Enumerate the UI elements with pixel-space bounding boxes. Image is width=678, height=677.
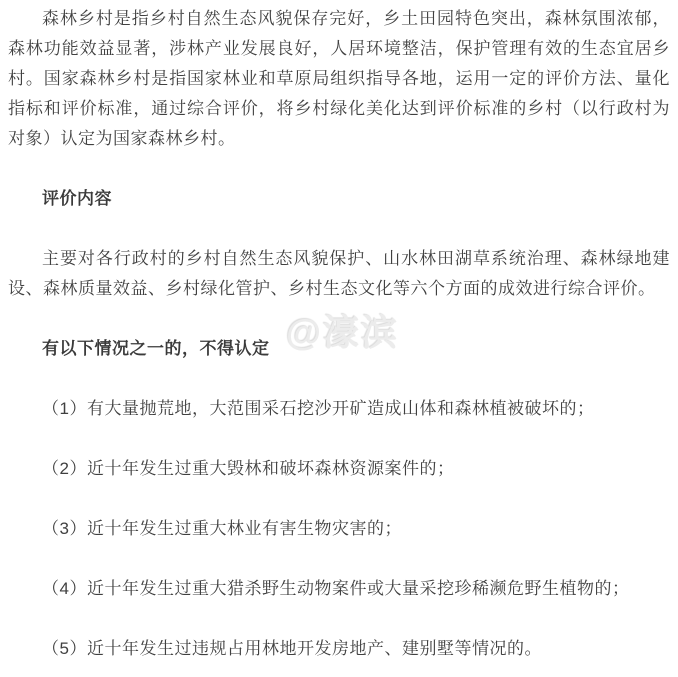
list-item-5: （5）近十年发生过违规占用林地开发房地产、建别墅等情况的。 — [8, 634, 670, 664]
heading-evaluation-content: 评价内容 — [8, 184, 670, 214]
list-item-4: （4）近十年发生过重大猎杀野生动物案件或大量采挖珍稀濒危野生植物的； — [8, 574, 670, 604]
list-item-1: （1）有大量抛荒地，大范围采石挖沙开矿造成山体和森林植被破坏的； — [8, 394, 670, 424]
heading-disqualification-conditions: 有以下情况之一的，不得认定 — [8, 334, 670, 364]
intro-paragraph: 森林乡村是指乡村自然生态风貌保存完好，乡土田园特色突出，森林氛围浓郁，森林功能效… — [8, 4, 670, 154]
list-item-3: （3）近十年发生过重大林业有害生物灾害的； — [8, 514, 670, 544]
evaluation-scope-paragraph: 主要对各行政村的乡村自然生态风貌保护、山水林田湖草系统治理、森林绿地建设、森林质… — [8, 244, 670, 304]
list-item-2: （2）近十年发生过重大毁林和破坏森林资源案件的； — [8, 454, 670, 484]
article-body: 森林乡村是指乡村自然生态风貌保存完好，乡土田园特色突出，森林氛围浓郁，森林功能效… — [0, 0, 678, 677]
